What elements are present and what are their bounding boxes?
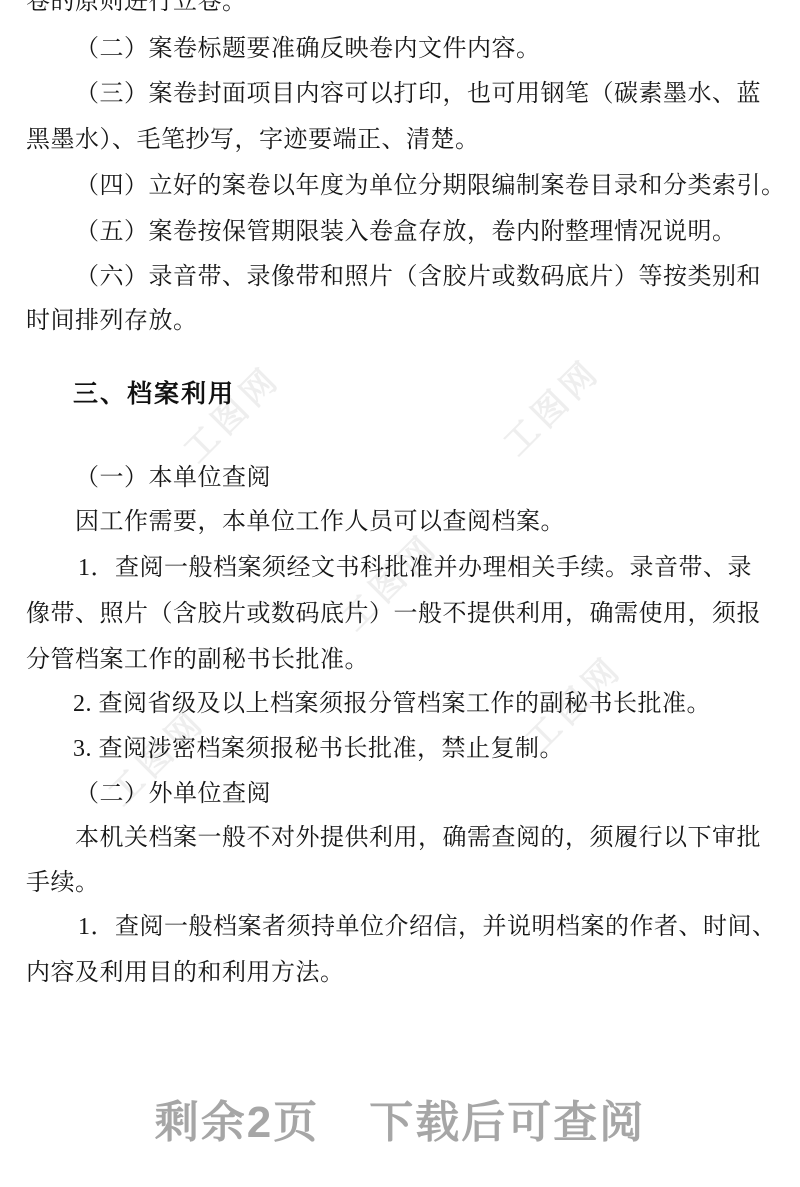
text-line: 2. 查阅省级及以上档案须报分管档案工作的副秘书长批准。	[73, 689, 711, 719]
footer-banner: 剩余2页下载后可查阅	[0, 1086, 800, 1150]
watermark: 工图网	[170, 352, 290, 472]
text-line: 手续。	[26, 868, 100, 898]
document-page: 工图网 工图网 工图网 工图网 工图网 卷的原则进行立卷。 （二）案卷标题要准确…	[0, 0, 800, 1187]
text-line: （二）外单位查阅	[75, 779, 271, 809]
text-line: 内容及利用目的和利用方法。	[26, 958, 345, 988]
text-line: 1．查阅一般档案者须持单位介绍信，并说明档案的作者、时间、	[78, 912, 777, 942]
download-hint-label: 下载后可查阅	[369, 1098, 645, 1147]
text-line: 因工作需要，本单位工作人员可以查阅档案。	[75, 507, 565, 537]
text-line: 像带、照片（含胶片或数码底片）一般不提供利用，确需使用，须报	[26, 599, 761, 629]
text-line: 分管档案工作的副秘书长批准。	[26, 645, 369, 675]
text-line: 本机关档案一般不对外提供利用，确需查阅的，须履行以下审批	[75, 823, 761, 853]
text-line: （五）案卷按保管期限装入卷盒存放，卷内附整理情况说明。	[75, 217, 737, 247]
text-line: 时间排列存放。	[26, 306, 198, 336]
text-line: （六）录音带、录像带和照片（含胶片或数码底片）等按类别和	[75, 262, 761, 292]
text-line: 1．查阅一般档案须经文书科批准并办理相关手续。录音带、录	[78, 553, 752, 583]
text-line: 卷的原则进行立卷。	[26, 0, 247, 17]
watermark: 工图网	[490, 345, 610, 465]
remaining-pages-label: 剩余2页	[155, 1098, 319, 1147]
text-line: （二）案卷标题要准确反映卷内文件内容。	[75, 34, 541, 64]
text-line: （四）立好的案卷以年度为单位分期限编制案卷目录和分类索引。	[75, 171, 786, 201]
text-line: （三）案卷封面项目内容可以打印，也可用钢笔（碳素墨水、蓝	[75, 79, 761, 109]
text-line: （一）本单位查阅	[75, 463, 271, 493]
text-line: 3. 查阅涉密档案须报秘书长批准，禁止复制。	[73, 734, 564, 764]
text-line: 黑墨水）、毛笔抄写，字迹要端正、清楚。	[26, 125, 480, 155]
section-heading: 三、档案利用	[73, 378, 235, 410]
